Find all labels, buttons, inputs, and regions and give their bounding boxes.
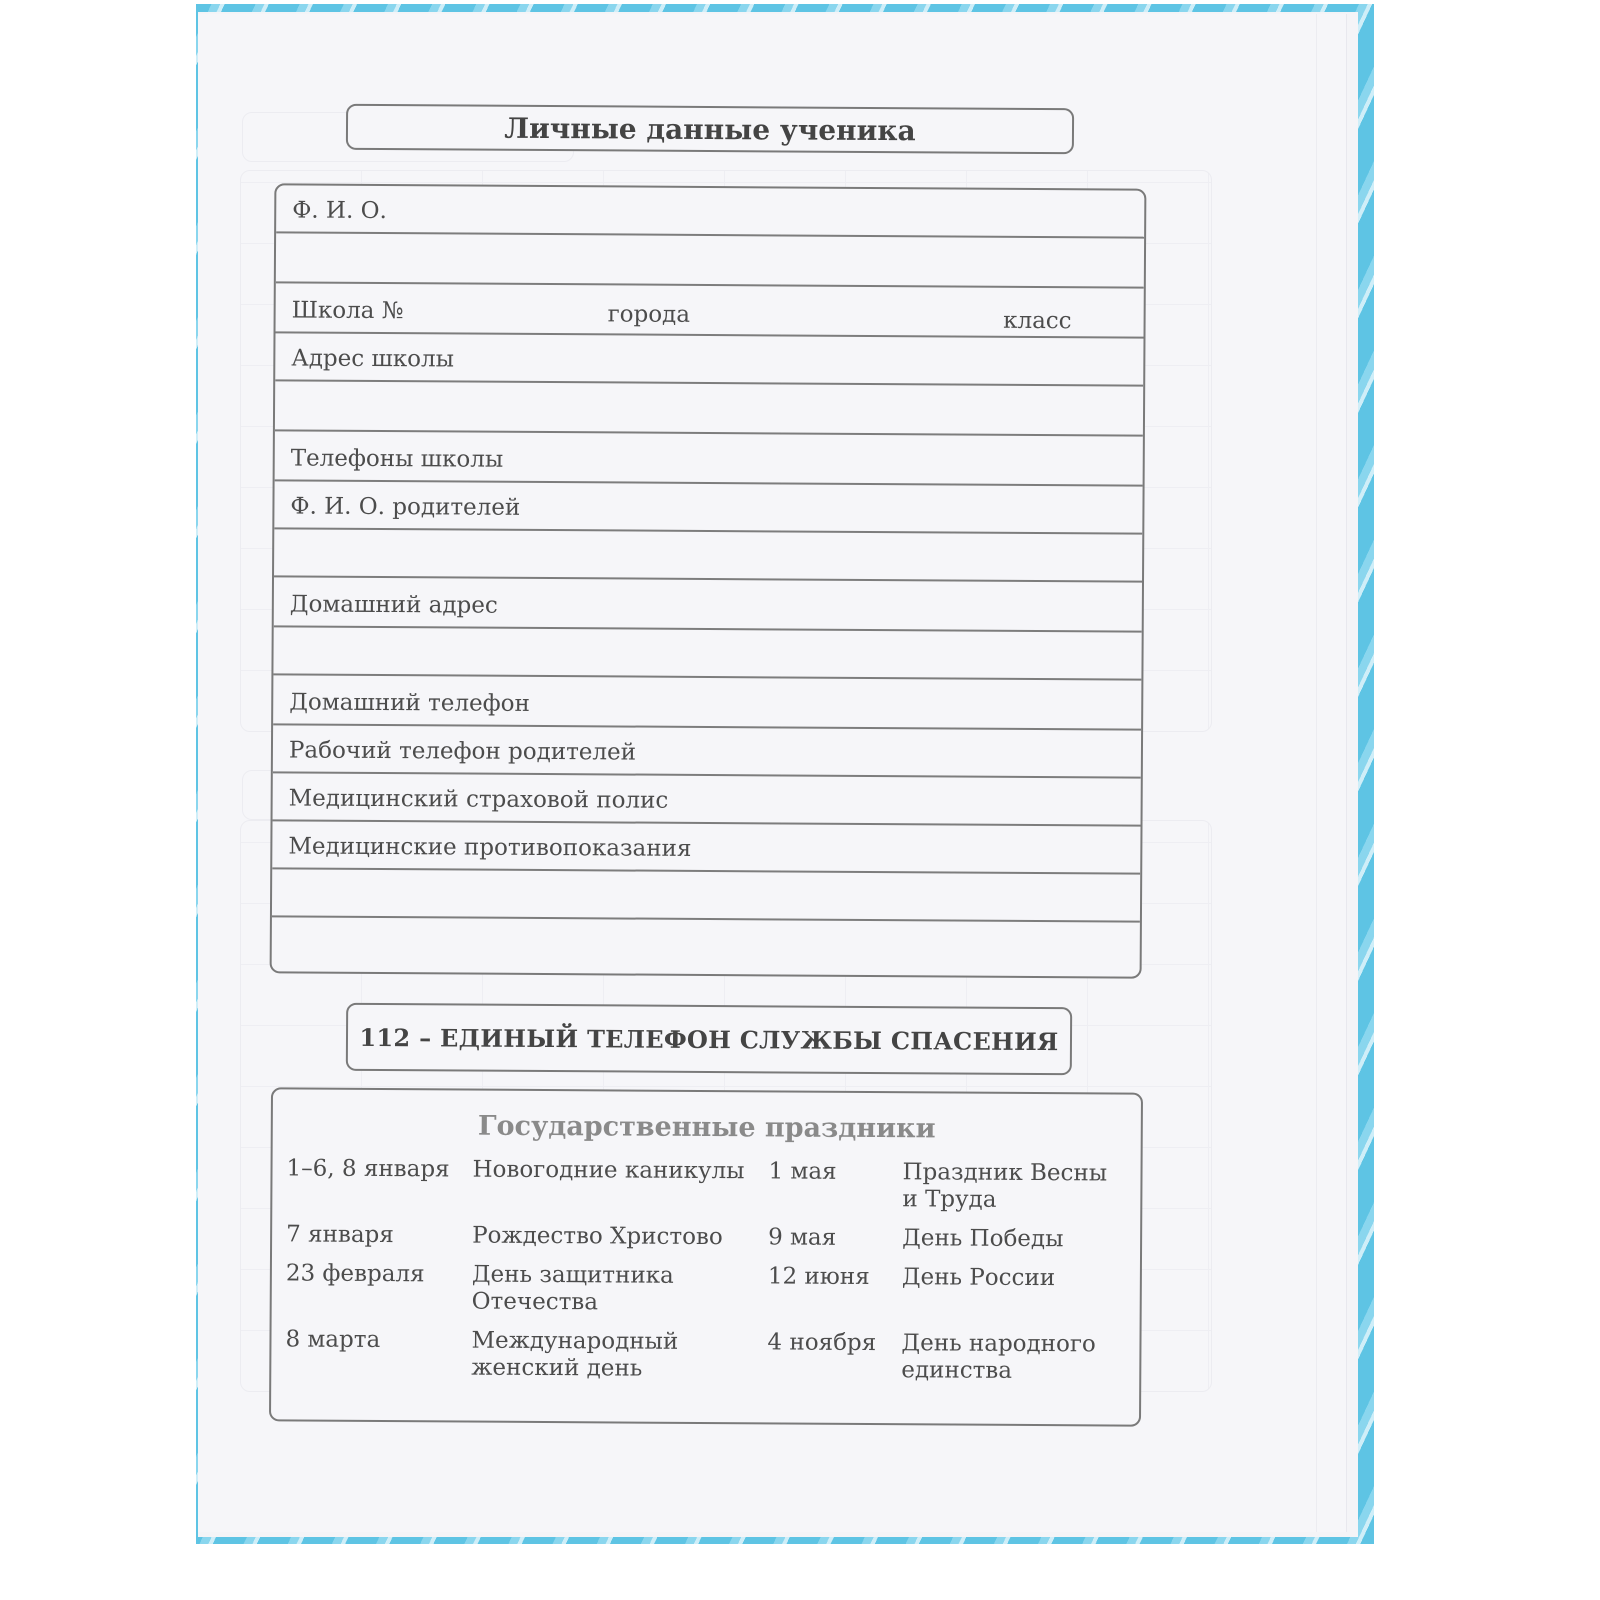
holiday-date: 12 июня [768,1263,902,1330]
holidays-table: 1–6, 8 январяНовогодние каникулы1 маяПра… [285,1155,1126,1397]
form-field-row[interactable]: Медицинские противопоказания [272,821,1140,874]
emergency-number-text: 112 – ЕДИНЫЙ ТЕЛЕФОН СЛУЖБЫ СПАСЕНИЯ [359,1022,1058,1055]
form-field-label: класс [1003,308,1072,334]
form-field-label: Домашний телефон [289,689,530,716]
form-field-label: города [608,301,691,328]
form-blank-line[interactable] [272,869,1140,922]
form-blank-line[interactable] [272,917,1140,976]
form-blank-line[interactable] [275,381,1143,436]
holiday-date: 8 марта [285,1326,471,1393]
holiday-date: 4 ноября [767,1329,901,1396]
form-field-row[interactable]: Медицинский страховой полис [273,773,1141,826]
form-field-row[interactable]: Рабочий телефон родителей [273,725,1141,778]
form-field-label: Ф. И. О. [292,197,387,224]
holidays-title: Государственные праздники [273,1109,1141,1145]
personal-data-title-text: Личные данные ученика [504,111,916,147]
holiday-date: 9 мая [768,1224,902,1264]
holiday-name: Праздник Весны и Труда [902,1159,1126,1226]
form-field-row[interactable]: Ф. И. О. родителей [274,481,1142,534]
form-field-row[interactable]: Домашний адрес [274,577,1142,632]
form-field-label: Телефоны школы [291,445,504,472]
personal-data-form: Ф. И. О.Школа №городаклассАдрес школыТел… [270,183,1147,978]
holiday-date: 1–6, 8 января [286,1155,472,1222]
form-field-label: Рабочий телефон родителей [289,737,636,765]
form-field-label: Ф. И. О. родителей [290,493,520,520]
form-field-row[interactable]: Школа №городакласс [276,283,1144,338]
holiday-name: День Победы [902,1225,1126,1265]
holiday-name: День России [902,1264,1126,1331]
form-field-label: Домашний адрес [290,591,498,618]
holiday-date: 23 февраля [286,1260,472,1327]
form-field-row[interactable]: Адрес школы [275,333,1143,386]
emergency-number-banner: 112 – ЕДИНЫЙ ТЕЛЕФОН СЛУЖБЫ СПАСЕНИЯ [346,1003,1072,1075]
form-field-label: Адрес школы [291,345,454,372]
form-blank-line[interactable] [276,233,1144,288]
holiday-name: Международный женский день [471,1328,767,1396]
holiday-date: 7 января [286,1221,472,1261]
form-field-label: Медицинские противопоказания [288,833,691,861]
form-field-row[interactable]: Телефоны школы [275,431,1143,486]
form-blank-line[interactable] [274,529,1142,582]
holiday-name: Новогодние каникулы [472,1157,768,1225]
holiday-name: День защитника Отечества [472,1262,768,1330]
page-fold-line [1316,14,1317,1532]
holiday-name: Рождество Христово [472,1223,768,1264]
form-field-row[interactable]: Домашний телефон [273,675,1141,730]
form-blank-line[interactable] [273,627,1141,680]
form-field-label: Школа № [292,297,404,324]
holiday-name: День народного единства [901,1330,1125,1397]
form-field-label: Медицинский страховой полис [289,785,669,813]
holidays-box: Государственные праздники 1–6, 8 январяН… [269,1087,1143,1426]
form-field-row[interactable]: Ф. И. О. [276,185,1144,238]
holiday-date: 1 мая [768,1158,902,1225]
personal-data-title: Личные данные ученика [346,104,1074,154]
